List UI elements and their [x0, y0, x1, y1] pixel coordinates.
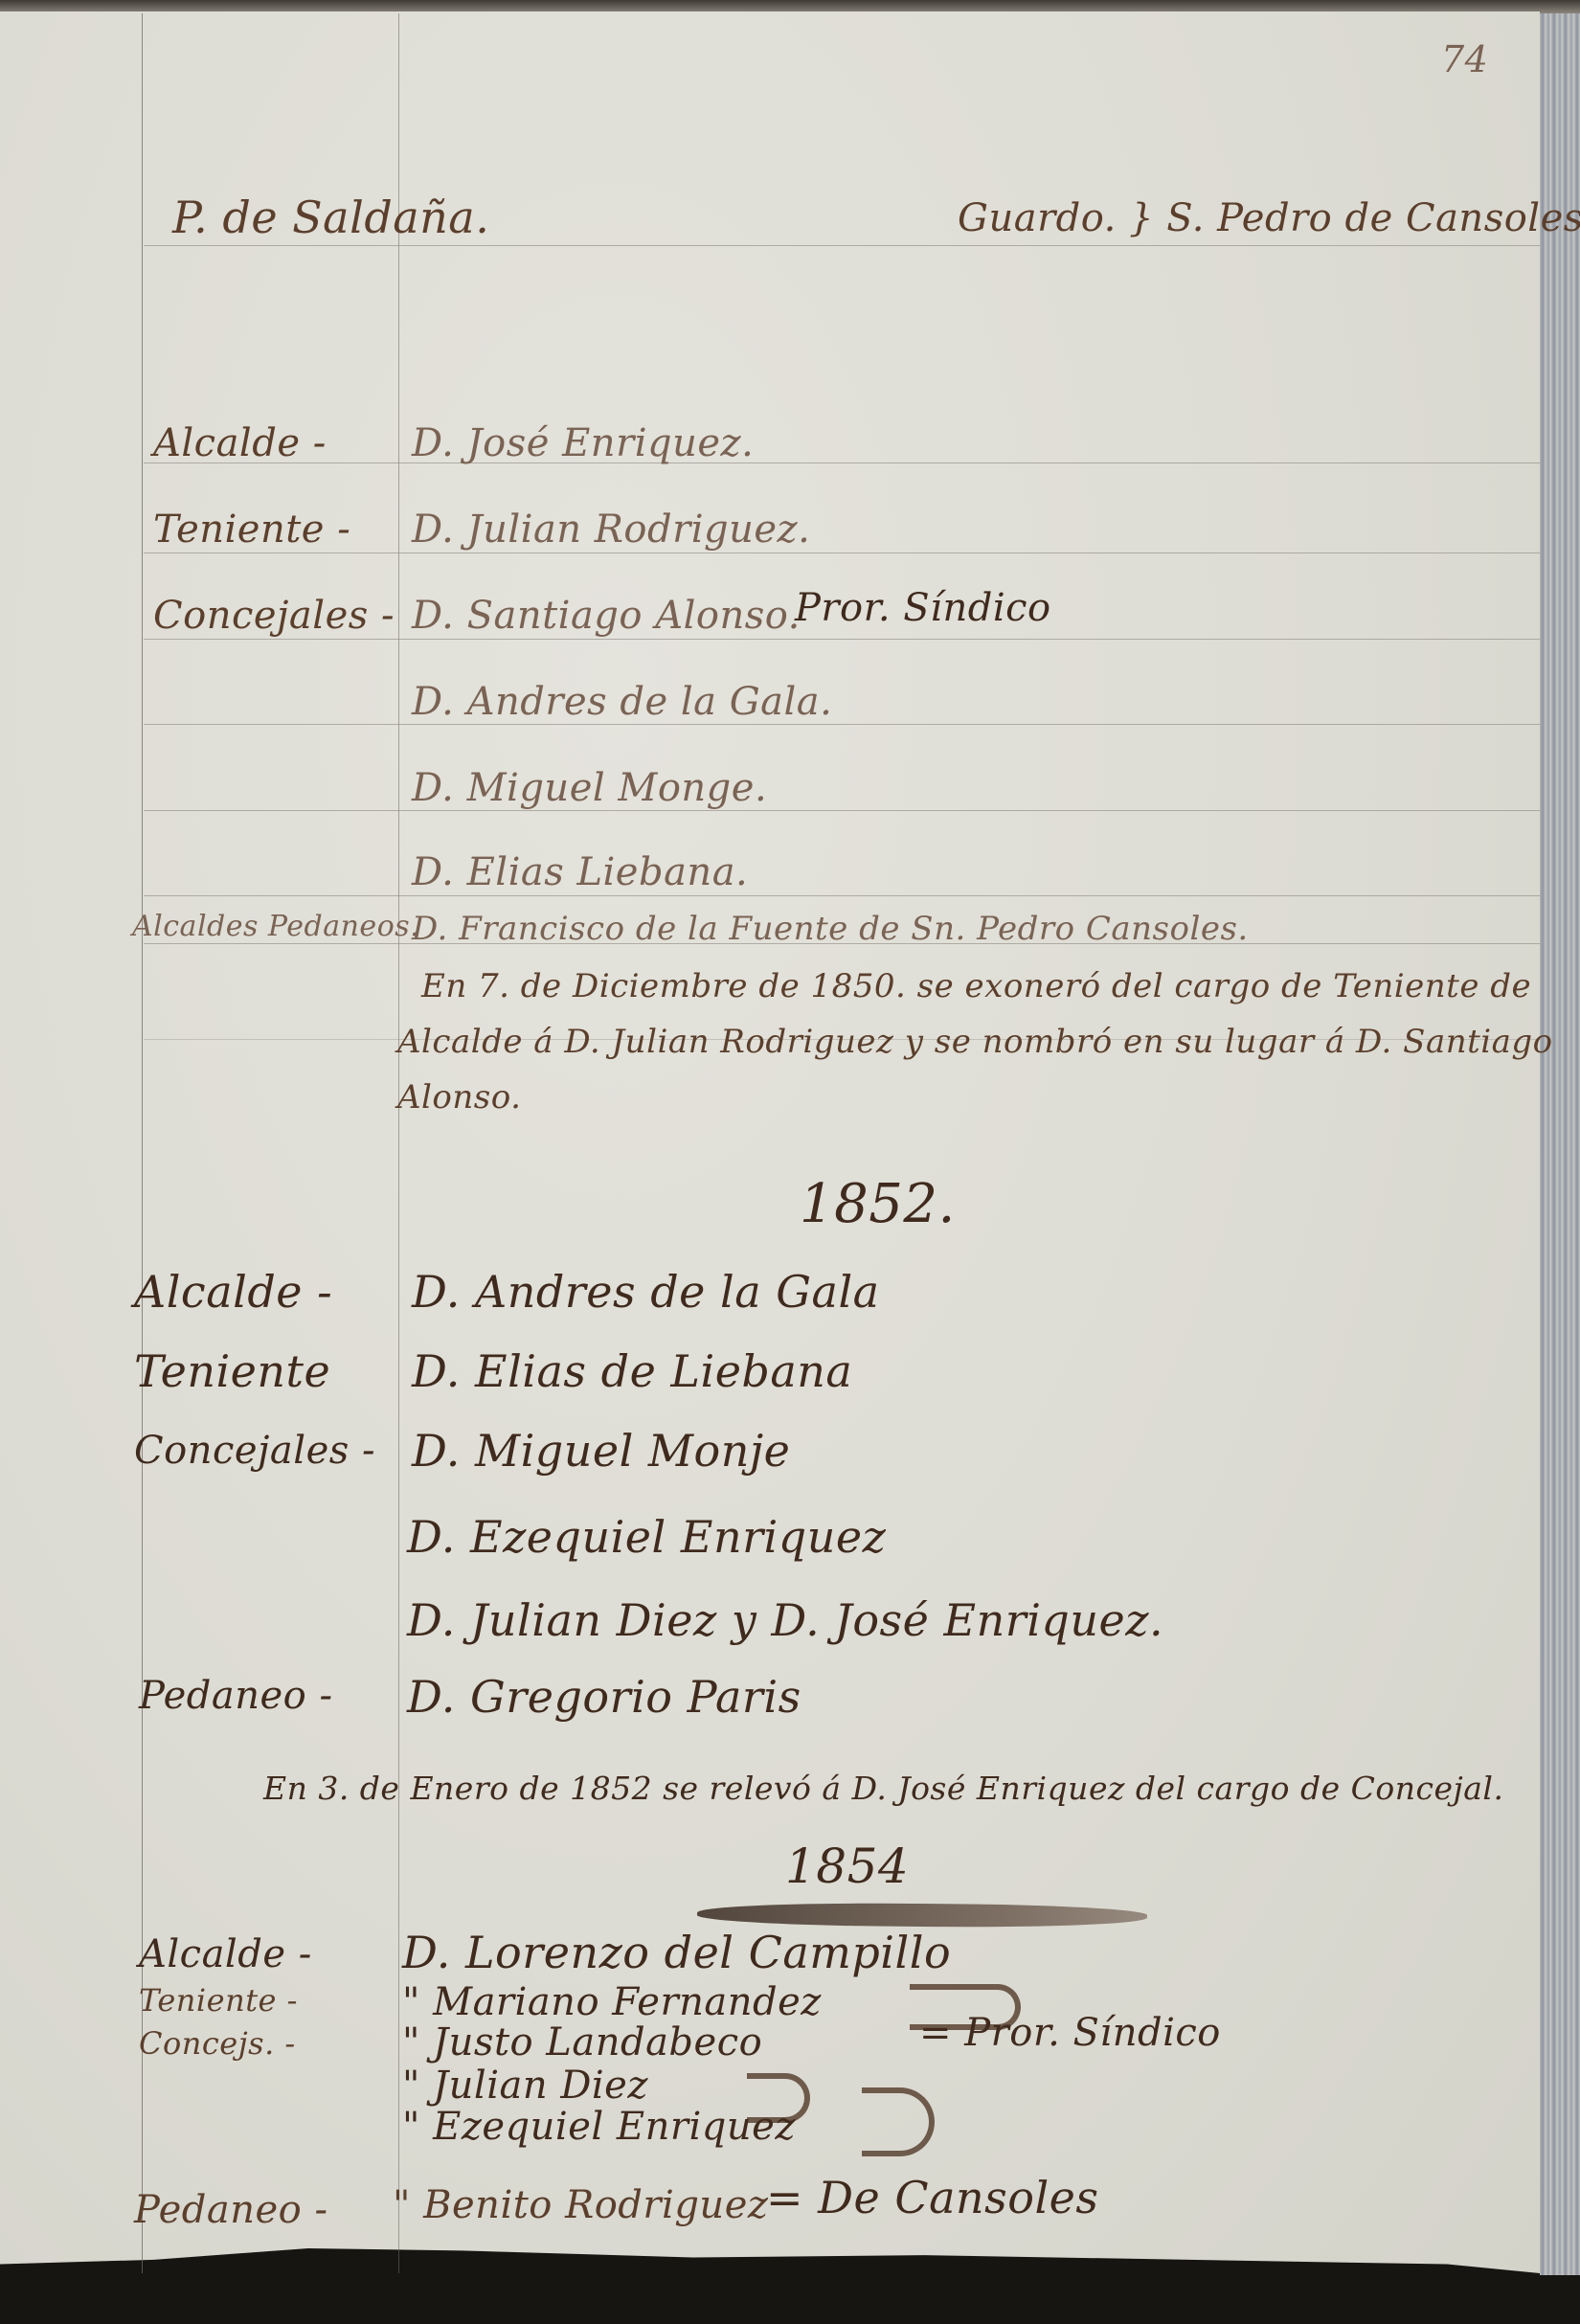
role-label: Teniente - [139, 1982, 298, 2019]
role-label: Alcaldes Pedaneos. [132, 910, 419, 943]
name-entry: " Julian Diez [402, 2064, 648, 2108]
rule-line [144, 895, 1540, 896]
name-entry: " Justo Landabeco [402, 2020, 762, 2065]
sindico-note: Pror. Síndico [795, 586, 1051, 630]
year-heading: 1852. [800, 1173, 956, 1235]
role-label: Concejs. - [139, 2025, 296, 2062]
annotation-line: Alonso. [397, 1078, 521, 1117]
role-label: Concejales - [134, 1429, 375, 1473]
role-label: Pedaneo - [139, 1674, 333, 1718]
flourish [862, 2087, 935, 2156]
year-heading: 1854 [785, 1839, 909, 1894]
role-label: Alcalde - [134, 1266, 332, 1318]
name-entry: D. Santiago Alonso. [412, 594, 801, 638]
role-label: Alcalde - [153, 421, 327, 465]
annotation-line: En 7. de Diciembre de 1850. se exoneró d… [421, 967, 1531, 1005]
name-entry: D. Francisco de la Fuente de Sn. Pedro C… [412, 910, 1249, 948]
name-entry: D. Andres de la Gala [412, 1266, 880, 1318]
rule-line [144, 463, 1540, 463]
name-entry: D. Miguel Monje [412, 1425, 790, 1477]
name-entry: D. Miguel Monge. [412, 766, 767, 810]
municipality-heading: Guardo. } S. Pedro de Cansoles. [958, 196, 1580, 240]
location-note: = De Cansoles [766, 2172, 1098, 2223]
partido-heading: P. de Saldaña. [172, 192, 489, 243]
name-entry: D. José Enriquez. [412, 421, 754, 465]
name-entry: D. Elias Liebana. [412, 850, 748, 894]
annotation-line: Alcalde á D. Julian Rodriguez y se nombr… [397, 1023, 1553, 1061]
rule-line [144, 810, 1540, 811]
name-entry: D. Julian Rodriguez. [412, 508, 810, 552]
name-entry: D. Elias de Liebana [412, 1345, 852, 1397]
sindico-note: = Pror. Síndico [919, 2011, 1221, 2055]
name-entry: " Benito Rodriguez [393, 2183, 768, 2227]
name-entry: D. Andres de la Gala. [412, 680, 832, 724]
name-entry: D. Julian Diez y D. José Enriquez. [407, 1594, 1163, 1646]
role-label: Alcalde - [139, 1932, 312, 1976]
name-entry: D. Lorenzo del Campillo [402, 1927, 951, 1978]
rule-line [144, 553, 1540, 553]
page-number: 74 [1441, 38, 1488, 80]
page-stack-edge [1540, 13, 1580, 2275]
name-entry: D. Ezequiel Enriquez [407, 1511, 886, 1563]
name-entry: " Ezequiel Enriquez [402, 2105, 796, 2149]
name-entry: " Mariano Fernandez [402, 1980, 822, 2024]
role-label: Pedaneo - [134, 2188, 328, 2232]
name-entry: D. Gregorio Paris [407, 1671, 801, 1723]
rule-line [144, 639, 1540, 640]
book-top-edge [0, 0, 1580, 13]
role-label: Concejales - [153, 594, 395, 638]
rule-line [144, 724, 1540, 725]
role-label: Teniente [134, 1345, 330, 1397]
annotation-line: En 3. de Enero de 1852 se relevó á D. Jo… [263, 1770, 1503, 1807]
column-rule [398, 13, 399, 2273]
role-label: Teniente - [153, 508, 350, 552]
header-rule [144, 245, 1540, 246]
